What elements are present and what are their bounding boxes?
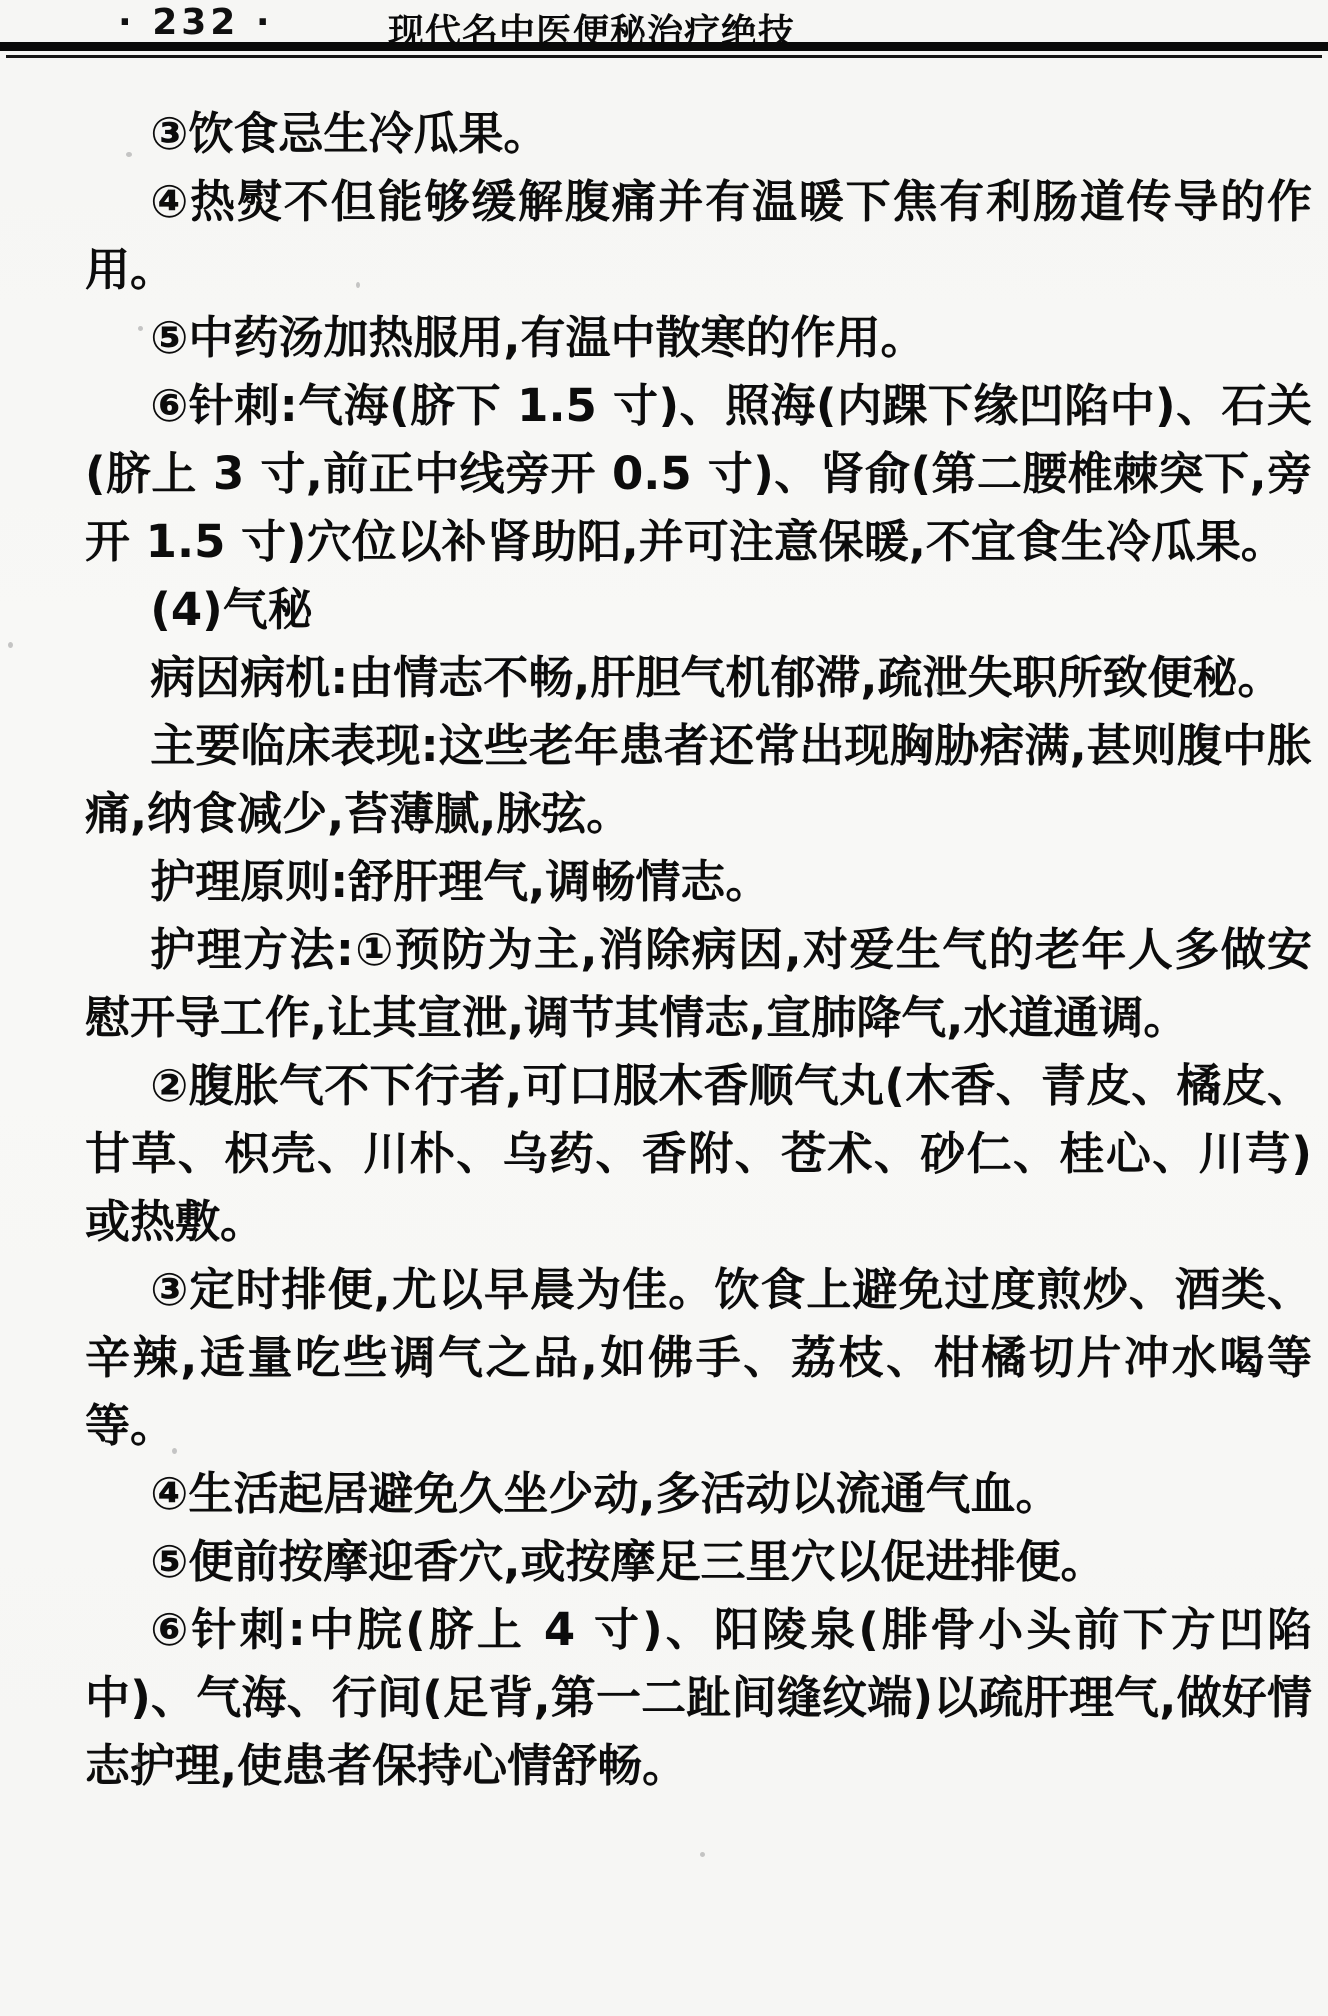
header-rule-thick xyxy=(0,42,1328,51)
book-page: · 232 · 现代名中医便秘治疗绝技 ③饮食忌生冷瓜果。 ④热熨不但能够缓解腹… xyxy=(0,0,1328,2016)
paragraph: 主要临床表现:这些老年患者还常出现胸胁痞满,甚则腹中胀痛,纳食减少,苔薄腻,脉弦… xyxy=(0,712,1328,848)
paragraph-lead: 病因病机: xyxy=(150,651,348,704)
paragraph: 护理方法:①预防为主,消除病因,对爱生气的老年人多做安慰开导工作,让其宣泄,调节… xyxy=(0,916,1328,1052)
paragraph-lead: 主要临床表现: xyxy=(150,719,438,772)
paragraph: ④生活起居避免久坐少动,多活动以流通气血。 xyxy=(0,1460,1328,1528)
paragraph: 护理原则:舒肝理气,调畅情志。 xyxy=(0,848,1328,916)
paragraph-lead: 护理原则: xyxy=(150,855,348,908)
paragraph-text: 由情志不畅,肝胆气机郁滞,疏泄失职所致便秘。 xyxy=(348,651,1282,704)
page-content: ③饮食忌生冷瓜果。 ④热熨不但能够缓解腹痛并有温暖下焦有利肠道传导的作用。 ⑤中… xyxy=(0,100,1328,1800)
paragraph: ⑤便前按摩迎香穴,或按摩足三里穴以促进排便。 xyxy=(0,1528,1328,1596)
scan-speck xyxy=(700,1852,705,1857)
paragraph: ③定时排便,尤以早晨为佳。饮食上避免过度煎炒、酒类、辛辣,适量吃些调气之品,如佛… xyxy=(0,1256,1328,1460)
paragraph: 病因病机:由情志不畅,肝胆气机郁滞,疏泄失职所致便秘。 xyxy=(0,644,1328,712)
scan-speck xyxy=(172,1448,177,1454)
header-rule-thin xyxy=(6,55,1322,58)
page-number: · 232 · xyxy=(118,2,274,43)
paragraph: ⑥针刺:气海(脐下 1.5 寸)、照海(内踝下缘凹陷中)、石关(脐上 3 寸,前… xyxy=(0,372,1328,576)
scan-speck xyxy=(136,1762,141,1767)
scan-speck xyxy=(126,152,132,157)
scan-speck xyxy=(356,282,360,288)
paragraph-text: 舒肝理气,调畅情志。 xyxy=(348,855,770,908)
page-header: · 232 · 现代名中医便秘治疗绝技 xyxy=(0,0,1328,48)
paragraph: ②腹胀气不下行者,可口服木香顺气丸(木香、青皮、橘皮、甘草、枳壳、川朴、乌药、香… xyxy=(0,1052,1328,1256)
paragraph: ④热熨不但能够缓解腹痛并有温暖下焦有利肠道传导的作用。 xyxy=(0,168,1328,304)
paragraph-lead: 护理方法: xyxy=(150,923,354,976)
paragraph: ③饮食忌生冷瓜果。 xyxy=(0,100,1328,168)
scan-speck xyxy=(138,326,143,331)
paragraph: ⑥针刺:中脘(脐上 4 寸)、阳陵泉(腓骨小头前下方凹陷中)、气海、行间(足背,… xyxy=(0,1596,1328,1800)
scan-speck xyxy=(8,642,13,648)
section-heading: (4)气秘 xyxy=(0,576,1328,644)
scan-speck xyxy=(936,688,942,693)
paragraph: ⑤中药汤加热服用,有温中散寒的作用。 xyxy=(0,304,1328,372)
